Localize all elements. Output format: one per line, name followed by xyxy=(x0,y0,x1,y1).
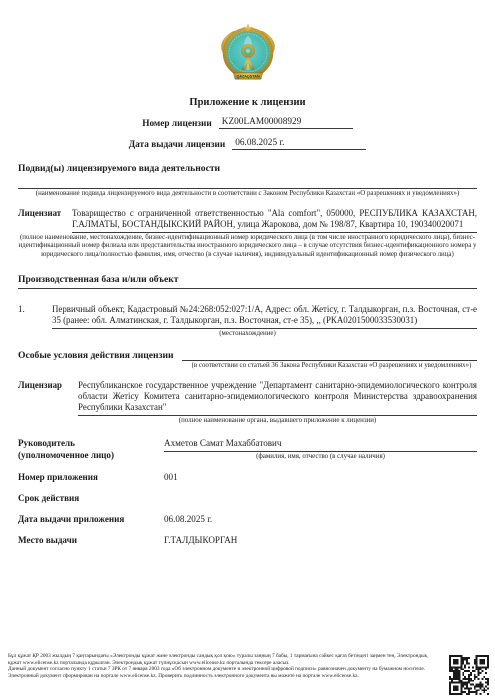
issue-place-value: Г.ТАЛДЫКОРГАН xyxy=(164,535,477,545)
appendix-number-label: Номер приложения xyxy=(18,472,164,482)
production-object-text: Первичный объект, Кадастровый №24:268:05… xyxy=(52,304,477,329)
footer-legal-text: Бұл құжат ҚР 2003 жылдың 7 қаңтарындағы … xyxy=(8,653,440,679)
page-title: Приложение к лицензии xyxy=(18,97,477,108)
special-conditions-heading: Особые условия действия лицензии xyxy=(18,350,174,361)
head-person-value: Ахметов Самат Махаббатович xyxy=(164,438,477,452)
production-caption: (местонахождение) xyxy=(18,330,477,339)
special-conditions-blank-field xyxy=(182,350,478,361)
licensor-row: Лицензиар Республиканское государственно… xyxy=(18,380,477,416)
licensee-row: Лицензиат Товарищество с ограниченной от… xyxy=(18,208,477,233)
licensor-label: Лицензиар xyxy=(18,380,78,416)
license-issue-date-value: 06.08.2025 г. xyxy=(232,138,366,150)
production-object-number: 1. xyxy=(18,304,52,329)
license-issue-date-label: Дата выдачи лицензии xyxy=(129,140,226,150)
appendix-number-value: 001 xyxy=(164,472,477,482)
head-person-label-line1: Руководитель xyxy=(18,438,75,448)
issue-place-row: Место выдачи Г.ТАЛДЫКОРГАН xyxy=(18,535,477,545)
kazakhstan-emblem-icon: QAZAQSTAN xyxy=(217,22,279,86)
subtype-blank-field xyxy=(18,174,477,189)
validity-row: Срок действия xyxy=(18,493,477,503)
licensor-value: Республиканское государственное учрежден… xyxy=(78,380,477,416)
production-object-item: 1. Первичный объект, Кадастровый №24:268… xyxy=(18,304,477,329)
head-person-row: Руководитель (уполномоченное лицо) Ахмет… xyxy=(18,438,477,461)
appendix-number-row: Номер приложения 001 xyxy=(18,472,477,482)
special-conditions-caption: (в соответствии со статьей 36 Закона Рес… xyxy=(186,362,477,371)
license-number-value: KZ00LAM00008929 xyxy=(219,117,353,129)
license-date-row: Дата выдачи лицензии 06.08.2025 г. xyxy=(18,138,477,150)
qr-code xyxy=(449,655,489,695)
footer-legal-text-ru: Данный документ согласно пункту 1 статьи… xyxy=(8,666,440,679)
license-appendix-document: QAZAQSTAN Приложение к лицензии Номер ли… xyxy=(0,0,495,545)
appendix-issue-date-label: Дата выдачи приложения xyxy=(18,514,164,524)
subtype-section-heading: Подвид(ы) лицензируемого вида деятельнос… xyxy=(18,163,477,174)
document-footer: Бұл құжат ҚР 2003 жылдың 7 қаңтарындағы … xyxy=(8,653,489,695)
license-number-row: Номер лицензии KZ00LAM00008929 xyxy=(18,117,477,129)
appendix-issue-date-value: 06.08.2025 г. xyxy=(164,514,477,524)
emblem-container: QAZAQSTAN xyxy=(18,0,477,86)
subtype-caption: (наименование подвида лицензируемого вид… xyxy=(18,190,477,199)
head-person-label: Руководитель (уполномоченное лицо) xyxy=(18,438,164,461)
license-number-label: Номер лицензии xyxy=(142,119,212,129)
appendix-issue-date-row: Дата выдачи приложения 06.08.2025 г. xyxy=(18,514,477,524)
validity-value xyxy=(164,493,477,503)
head-person-label-line2: (уполномоченное лицо) xyxy=(18,450,114,460)
head-person-value-column: Ахметов Самат Махаббатович (фамилия, имя… xyxy=(164,438,477,461)
licensor-caption: (полное наименование органа, выдавшего п… xyxy=(78,417,477,426)
head-person-caption: (фамилия, имя, отчество (в случае наличи… xyxy=(164,453,477,462)
validity-label: Срок действия xyxy=(18,493,164,503)
production-section-heading: Производственная база и/или объект xyxy=(18,274,477,285)
issue-place-label: Место выдачи xyxy=(18,535,164,545)
licensee-caption: (полное наименование, местонахождение, б… xyxy=(18,234,477,260)
production-heading-rule xyxy=(18,288,477,289)
licensee-label: Лицензиат xyxy=(18,208,72,233)
special-conditions-row: Особые условия действия лицензии xyxy=(18,350,477,361)
licensee-value: Товарищество с ограниченной ответственно… xyxy=(72,208,477,233)
emblem-banner-text: QAZAQSTAN xyxy=(236,74,259,78)
footer-legal-text-kk: Бұл құжат ҚР 2003 жылдың 7 қаңтарындағы … xyxy=(8,653,440,666)
